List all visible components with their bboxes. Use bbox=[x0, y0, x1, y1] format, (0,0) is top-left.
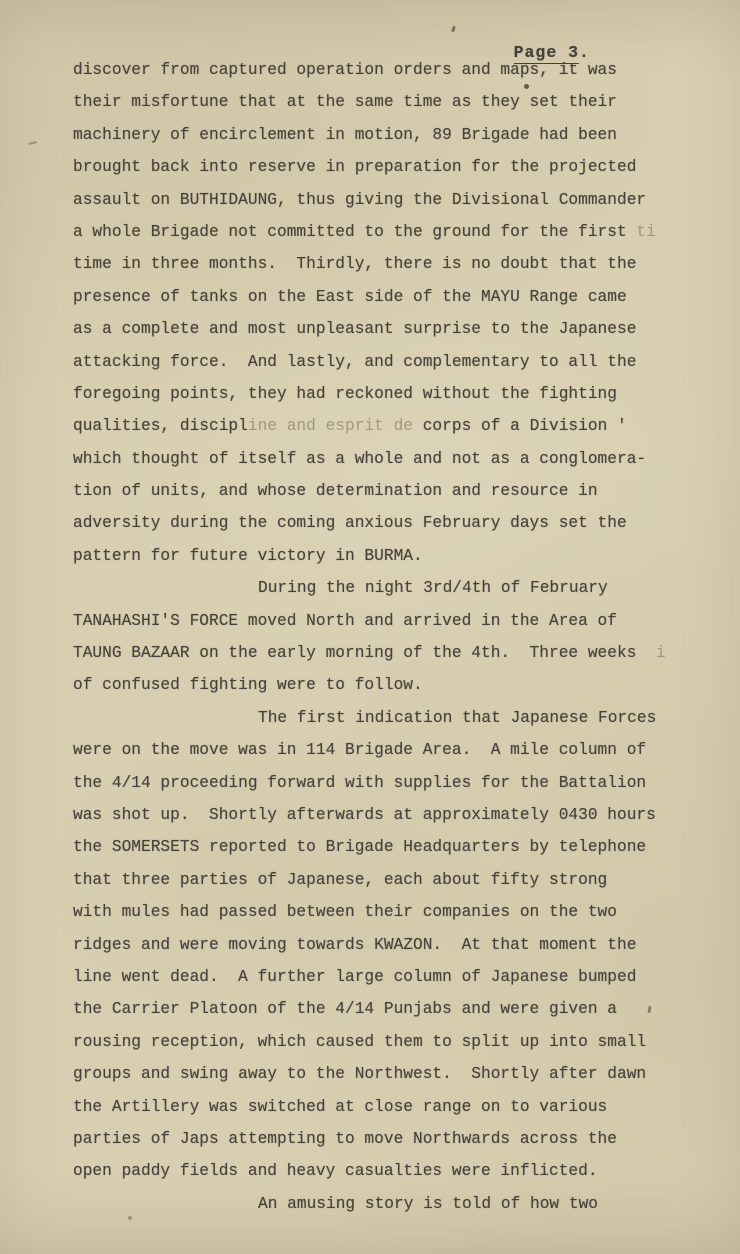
text-line: qualities, discipline and esprit de corp… bbox=[73, 410, 693, 442]
text-line: During the night 3rd/4th of February bbox=[73, 572, 693, 604]
text-segment: line went dead. A further large column o… bbox=[73, 968, 636, 986]
text-segment: the SOMERSETS reported to Brigade Headqu… bbox=[73, 838, 646, 856]
text-segment: ridges and were moving towards KWAZON. A… bbox=[73, 936, 636, 954]
text-line: that three parties of Japanese, each abo… bbox=[73, 864, 693, 896]
text-line: parties of Japs attempting to move North… bbox=[73, 1123, 693, 1155]
text-segment: their misfortune that at the same time a… bbox=[73, 93, 617, 111]
text-segment: qualities, discipl bbox=[73, 417, 248, 435]
text-line: the Artillery was switched at close rang… bbox=[73, 1091, 693, 1123]
text-segment: parties of Japs attempting to move North… bbox=[73, 1130, 617, 1148]
text-line: presence of tanks on the East side of th… bbox=[73, 281, 693, 313]
text-line: were on the move was in 114 Brigade Area… bbox=[73, 734, 693, 766]
text-segment: with mules had passed between their comp… bbox=[73, 903, 617, 921]
text-line: TAUNG BAZAAR on the early morning of the… bbox=[73, 637, 693, 669]
text-segment: the 4/14 proceeding forward with supplie… bbox=[73, 774, 646, 792]
text-segment: foregoing points, they had reckoned with… bbox=[73, 385, 617, 403]
text-segment: rousing reception, which caused them to … bbox=[73, 1033, 646, 1051]
text-segment: ti bbox=[627, 223, 656, 241]
text-segment: pattern for future victory in BURMA. bbox=[73, 547, 423, 565]
text-segment: as a complete and most unpleasant surpri… bbox=[73, 320, 636, 338]
text-line: foregoing points, they had reckoned with… bbox=[73, 378, 693, 410]
text-line: the SOMERSETS reported to Brigade Headqu… bbox=[73, 831, 693, 863]
document-body: discover from captured operation orders … bbox=[73, 54, 693, 1220]
ink-speck bbox=[28, 141, 37, 145]
text-segment: brought back into reserve in preparation… bbox=[73, 158, 636, 176]
text-segment: was shot up. Shortly afterwards at appro… bbox=[73, 806, 656, 824]
ink-speck bbox=[524, 84, 529, 89]
text-line: machinery of encirclement in motion, 89 … bbox=[73, 119, 693, 151]
text-segment: corps of a Division ' bbox=[413, 417, 627, 435]
text-line: groups and swing away to the Northwest. … bbox=[73, 1058, 693, 1090]
text-segment: attacking force. And lastly, and complem… bbox=[73, 353, 636, 371]
text-line: discover from captured operation orders … bbox=[73, 54, 693, 86]
text-segment: During the night 3rd/4th of February bbox=[258, 579, 608, 597]
text-line: the Carrier Platoon of the 4/14 Punjabs … bbox=[73, 993, 693, 1025]
text-segment: machinery of encirclement in motion, 89 … bbox=[73, 126, 617, 144]
text-line: line went dead. A further large column o… bbox=[73, 961, 693, 993]
text-line: of confused fighting were to follow. bbox=[73, 669, 693, 701]
text-line: their misfortune that at the same time a… bbox=[73, 86, 693, 118]
document-page: Page 3. discover from captured operation… bbox=[0, 0, 740, 1254]
text-line: as a complete and most unpleasant surpri… bbox=[73, 313, 693, 345]
text-segment: open paddy fields and heavy casualties w… bbox=[73, 1162, 598, 1180]
text-segment: the Artillery was switched at close rang… bbox=[73, 1098, 607, 1116]
ink-speck bbox=[128, 1216, 132, 1220]
text-segment: ine and esprit de bbox=[248, 417, 413, 435]
text-segment: time in three months. Thirdly, there is … bbox=[73, 255, 636, 273]
text-line: with mules had passed between their comp… bbox=[73, 896, 693, 928]
text-line: TANAHASHI'S FORCE moved North and arrive… bbox=[73, 605, 693, 637]
text-segment: i bbox=[636, 644, 665, 662]
text-segment: adversity during the coming anxious Febr… bbox=[73, 514, 627, 532]
text-line: ridges and were moving towards KWAZON. A… bbox=[73, 929, 693, 961]
text-segment: assault on BUTHIDAUNG, thus giving the D… bbox=[73, 191, 646, 209]
text-segment: which thought of itself as a whole and n… bbox=[73, 450, 646, 468]
text-segment: An amusing story is told of how two bbox=[258, 1195, 598, 1213]
text-segment: a whole Brigade not committed to the gro… bbox=[73, 223, 627, 241]
text-segment: that three parties of Japanese, each abo… bbox=[73, 871, 607, 889]
text-segment: were on the move was in 114 Brigade Area… bbox=[73, 741, 646, 759]
text-line: open paddy fields and heavy casualties w… bbox=[73, 1155, 693, 1187]
text-line: was shot up. Shortly afterwards at appro… bbox=[73, 799, 693, 831]
text-line: time in three months. Thirdly, there is … bbox=[73, 248, 693, 280]
text-line: assault on BUTHIDAUNG, thus giving the D… bbox=[73, 184, 693, 216]
text-segment: The first indication that Japanese Force… bbox=[258, 709, 656, 727]
text-line: adversity during the coming anxious Febr… bbox=[73, 507, 693, 539]
text-line: rousing reception, which caused them to … bbox=[73, 1026, 693, 1058]
text-line: tion of units, and whose determination a… bbox=[73, 475, 693, 507]
text-segment: tion of units, and whose determination a… bbox=[73, 482, 598, 500]
text-segment: of confused fighting were to follow. bbox=[73, 676, 423, 694]
text-line: attacking force. And lastly, and complem… bbox=[73, 346, 693, 378]
text-line: The first indication that Japanese Force… bbox=[73, 702, 693, 734]
text-line: the 4/14 proceeding forward with supplie… bbox=[73, 767, 693, 799]
ink-speck bbox=[451, 26, 456, 33]
text-segment: presence of tanks on the East side of th… bbox=[73, 288, 627, 306]
text-line: a whole Brigade not committed to the gro… bbox=[73, 216, 693, 248]
text-line: which thought of itself as a whole and n… bbox=[73, 443, 693, 475]
text-line: An amusing story is told of how two bbox=[73, 1188, 693, 1220]
text-line: pattern for future victory in BURMA. bbox=[73, 540, 693, 572]
text-line: brought back into reserve in preparation… bbox=[73, 151, 693, 183]
text-segment: the Carrier Platoon of the 4/14 Punjabs … bbox=[73, 1000, 617, 1018]
text-segment: TAUNG BAZAAR on the early morning of the… bbox=[73, 644, 636, 662]
text-segment: groups and swing away to the Northwest. … bbox=[73, 1065, 646, 1083]
text-segment: discover from captured operation orders … bbox=[73, 61, 617, 79]
text-segment: TANAHASHI'S FORCE moved North and arrive… bbox=[73, 612, 617, 630]
